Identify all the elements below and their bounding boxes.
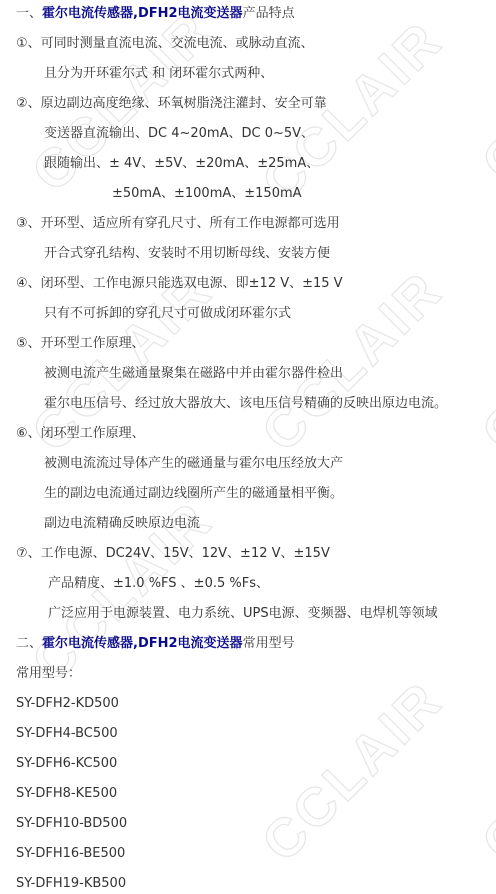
item-text: 闭环型、工作电源只能选双电源、即±12 V、±15 V [41, 276, 343, 291]
item-text: 开环型、适应所有穿孔尺寸、所有工作电源都可选用 [41, 216, 340, 231]
feature-item-5-line: 霍尔电压信号、经过放大器放大、该电压信号精确的反映出原边电流。 [44, 395, 447, 413]
model-item: SY-DFH19-KB500 [16, 875, 126, 893]
feature-item-7: ⑦、工作电源、DC24V、15V、12V、±12 V、±15V [16, 545, 330, 563]
section2-title-bold: 霍尔电流传感器,DFH2电流变送器 [42, 636, 243, 651]
feature-item-6-line: 生的副边电流通过副边线圈所产生的磁通量相平衡。 [44, 485, 343, 503]
model-item: SY-DFH8-KE500 [16, 785, 117, 803]
item-marker: ⑤、 [16, 336, 41, 351]
section2-prefix: 二、 [16, 636, 42, 651]
feature-item-4: ④、闭环型、工作电源只能选双电源、即±12 V、±15 V [16, 275, 343, 293]
watermark: CCLAIR [470, 259, 496, 464]
model-item: SY-DFH10-BD500 [16, 815, 127, 833]
feature-item-6-line: 副边电流精确反映原边电流 [44, 515, 200, 533]
watermark: CCLAIR [470, 669, 496, 874]
model-item: SY-DFH16-BE500 [16, 845, 125, 863]
model-item: SY-DFH6-KC500 [16, 755, 117, 773]
feature-item-1: ①、可同时测量直流电流、交流电流、或脉动直流、 [16, 35, 314, 53]
item-text: 闭环型工作原理、 [41, 426, 145, 441]
item-marker: ③、 [16, 216, 41, 231]
feature-item-7-line: 广泛应用于电源装置、电力系统、UPS电源、变频器、电焊机等领域 [48, 605, 438, 623]
item-text: 原边副边高度绝缘、环氧树脂浇注灌封、安全可靠 [41, 96, 327, 111]
section2-heading: 二、霍尔电流传感器,DFH2电流变送器常用型号 [16, 635, 295, 653]
feature-item-2: ②、原边副边高度绝缘、环氧树脂浇注灌封、安全可靠 [16, 95, 327, 113]
item-marker: ⑦、 [16, 546, 41, 561]
models-label: 常用型号： [16, 665, 81, 683]
item-marker: ⑥、 [16, 426, 41, 441]
model-item: SY-DFH2-KD500 [16, 695, 119, 713]
feature-item-7-line: 产品精度、±1.0 %FS 、±0.5 %Fs、 [48, 575, 269, 593]
section2-title-suffix: 常用型号 [243, 636, 295, 651]
item-text: 可同时测量直流电流、交流电流、或脉动直流、 [41, 36, 314, 51]
section1-title-bold: 霍尔电流传感器,DFH2电流变送器 [42, 6, 243, 21]
feature-item-2-line: 变送器直流输出、DC 4~20mA、DC 0~5V、 [44, 125, 314, 143]
feature-item-2-line: ±50mA、±100mA、±150mA [112, 185, 302, 203]
section1-heading: 一、霍尔电流传感器,DFH2电流变送器产品特点 [16, 5, 295, 23]
feature-item-6: ⑥、闭环型工作原理、 [16, 425, 145, 443]
feature-item-3: ③、开环型、适应所有穿孔尺寸、所有工作电源都可选用 [16, 215, 340, 233]
section1-prefix: 一、 [16, 6, 42, 21]
feature-item-1-line: 且分为开环霍尔式 和 闭环霍尔式两种、 [44, 65, 273, 83]
feature-item-5: ⑤、开环型工作原理、 [16, 335, 145, 353]
feature-item-5-line: 被测电流产生磁通量聚集在磁路中并由霍尔器件检出 [44, 365, 343, 383]
item-marker: ①、 [16, 36, 41, 51]
item-text: 工作电源、DC24V、15V、12V、±12 V、±15V [41, 546, 330, 561]
section1-title-suffix: 产品特点 [243, 6, 295, 21]
item-marker: ④、 [16, 276, 41, 291]
feature-item-3-line: 开合式穿孔结构、安装时不用切断母线、安装方便 [44, 245, 330, 263]
feature-item-6-line: 被测电流流过导体产生的磁通量与霍尔电压经放大产 [44, 455, 343, 473]
model-item: SY-DFH4-BC500 [16, 725, 118, 743]
feature-item-4-line: 只有不可拆卸的穿孔尺寸可做成闭环霍尔式 [44, 305, 291, 323]
watermark: CCLAIR [250, 669, 455, 874]
item-text: 开环型工作原理、 [41, 336, 145, 351]
item-marker: ②、 [16, 96, 41, 111]
watermark: CCLAIR [470, 0, 496, 194]
feature-item-2-line: 跟随输出、± 4V、±5V、±20mA、±25mA、 [44, 155, 319, 173]
